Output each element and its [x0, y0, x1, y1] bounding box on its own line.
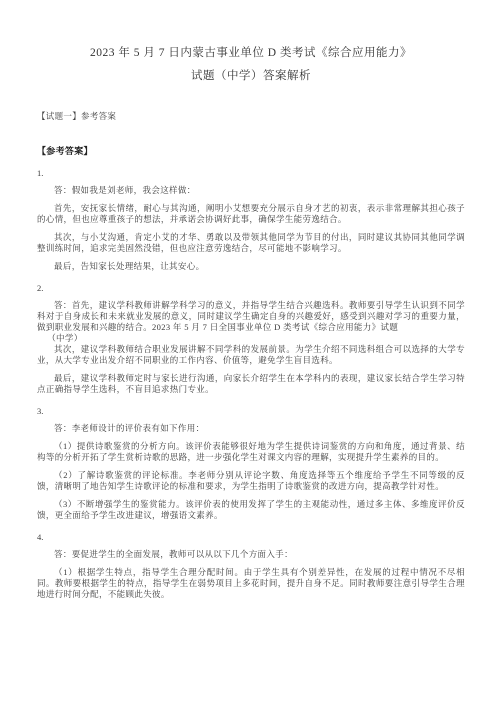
- answer-paragraph: 答：要促进学生的全面发展，教师可以从以下几个方面入手：: [37, 549, 465, 560]
- question-number: 4.: [37, 532, 465, 542]
- answer-paragraph: 首先，安抚家长情绪，耐心与其沟通，阐明小艾想要充分展示自身才艺的初衷，表示非常理…: [37, 203, 465, 225]
- answer-paragraph: 答：假如我是刘老师，我会这样做：: [37, 185, 465, 196]
- question-number: 3.: [37, 406, 465, 416]
- question-block-1: 1. 答：假如我是刘老师，我会这样做： 首先，安抚家长情绪，耐心与其沟通，阐明小…: [37, 168, 465, 272]
- question-number: 2.: [37, 283, 465, 293]
- answer-paragraph: 答：首先，建议学科教师讲解学科学习的意义，并指导学生结合兴趣选科。教师要引导学生…: [37, 300, 465, 333]
- document-page: 2023 年 5 月 7 日内蒙古事业单位 D 类考试《综合应用能力》 试题（中…: [0, 0, 500, 707]
- question-block-3: 3. 答：李老师设计的评价表有如下作用： （1）提供诗歌鉴赏的分析方向。该评价表…: [37, 406, 465, 521]
- question-number: 1.: [37, 168, 465, 178]
- answer-paragraph: 其次，与小艾沟通，肯定小艾的才华、勇敢以及带领其他同学为节目的付出，同时建议其协…: [37, 232, 465, 254]
- answer-paragraph: （3）不断增强学生的鉴赏能力。该评价表的使用发挥了学生的主观能动性，通过多主体、…: [37, 499, 465, 521]
- section-label: 【试题一】参考答案: [37, 110, 465, 122]
- answer-paragraph: 最后，建议学科教师定时与家长进行沟通，向家长介绍学生在本学科内的表现，建议家长结…: [37, 373, 465, 395]
- question-block-2: 2. 答：首先，建议学科教师讲解学科学习的意义，并指导学生结合兴趣选科。教师要引…: [37, 283, 465, 395]
- answer-paragraph: 其次，建议学科教师结合职业发展讲解不同学科的发展前景。为学生介绍不同选科组合可以…: [37, 344, 465, 366]
- answer-paragraph: （2）了解诗歌鉴赏的评论标准。李老师分别从评论字数、角度选择等五个维度给予学生不…: [37, 470, 465, 492]
- answer-paragraph: （1）根据学生特点，指导学生合理分配时间。由于学生具有个别差异性，在发展的过程中…: [37, 567, 465, 600]
- answer-paragraph: 最后，告知家长处理结果，让其安心。: [37, 261, 465, 272]
- answers-heading: 【参考答案】: [37, 144, 465, 157]
- answer-paragraph: （中学）: [37, 333, 465, 344]
- answer-paragraph: 答：李老师设计的评价表有如下作用：: [37, 423, 465, 434]
- document-title-line2: 试题（中学）答案解析: [37, 65, 465, 88]
- answer-paragraph: （1）提供诗歌鉴赏的分析方向。该评价表能够很好地为学生提供诗词鉴赏的方向和角度，…: [37, 441, 465, 463]
- document-title-line1: 2023 年 5 月 7 日内蒙古事业单位 D 类考试《综合应用能力》: [37, 42, 465, 65]
- question-block-4: 4. 答：要促进学生的全面发展，教师可以从以下几个方面入手： （1）根据学生特点…: [37, 532, 465, 600]
- document-title: 2023 年 5 月 7 日内蒙古事业单位 D 类考试《综合应用能力》 试题（中…: [37, 42, 465, 88]
